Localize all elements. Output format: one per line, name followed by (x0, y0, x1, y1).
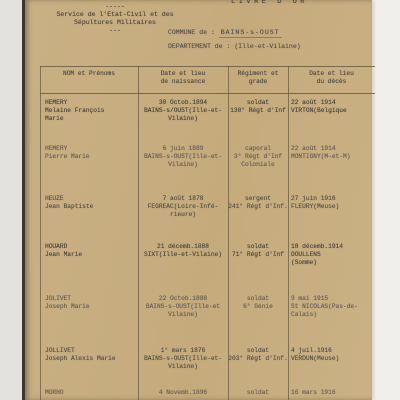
table-row: HEMERY Pierre Marie 6 juin 1889 BAINS-s-… (40, 145, 375, 170)
cell-regiment: soldat 130° Régt d'Inf (228, 99, 288, 124)
table-row: MORHO 4 Novemb.1896 soldat 16 mars 1916 (40, 389, 375, 397)
table-row: HEUZE Jean Baptiste 7 août 1878 FEGREAC(… (40, 195, 375, 220)
office-divider-top: ----- (41, 3, 189, 11)
cell-birth: 4 Novemb.1896 (138, 389, 228, 397)
header-deces: Date et lieu du décès (288, 70, 375, 86)
office-divider-bottom: --- (41, 27, 189, 35)
document-paper: Ministère des Pensions ----- Service de … (22, 0, 372, 400)
scanned-page: Ministère des Pensions ----- Service de … (0, 0, 400, 400)
cell-name: MORHO (40, 389, 138, 397)
livre-dor-title: LIVRE D'OR (231, 0, 308, 6)
header-naissance: Date et lieu de naissance (138, 70, 228, 86)
cell-name: JOLLIVET Joseph Alexis Marie (40, 347, 138, 372)
issuing-office-block: Ministère des Pensions ----- Service de … (41, 0, 189, 35)
departement-label: DEPARTEMENT de : (168, 43, 230, 50)
cell-birth: 7 août 1878 FEGREAC(Loire-Infé- rieure) (138, 195, 228, 220)
table-row: JOLIVET Joseph Marie 22 Octob.1888 BAINS… (40, 295, 375, 320)
cell-birth: 6 juin 1889 BAINS-s-OUST(Ille-et- Vilain… (138, 145, 228, 170)
commune-label: COMMUNE de : (168, 29, 215, 36)
cell-death: 18 décemb.1914 DOULLENS (Somme) (288, 243, 375, 268)
cell-name: HOUARD Jean Marie (40, 243, 138, 268)
cell-name: HEMERY Pierre Marie (40, 145, 138, 170)
table-header-rule (40, 93, 375, 94)
table-top-rule (40, 66, 375, 67)
cell-birth: 1° mars 1876 BAINS-s-OUST(Ille-et- Vilai… (138, 347, 228, 372)
cell-death: 4 juil.1916 VERDUN(Meuse) (288, 347, 375, 372)
departement-value: (Ille-et-Vilaine) (234, 43, 300, 50)
table-row: HOUARD Jean Marie 21 décemb.1888 SIXT(Il… (40, 243, 375, 268)
cell-regiment: soldat (228, 389, 288, 397)
cell-regiment: soldat 203° Régt d'Inf. (228, 347, 288, 372)
cell-death: 22 août 1914 MONTIGNY(M-et-M) (288, 145, 375, 170)
service-line-1: Service de l'Etat-Civil et des (41, 11, 189, 19)
scan-margin-right (372, 0, 400, 400)
commune-value: BAINS-s-OUST (219, 29, 282, 38)
cell-regiment: caporal 3° Régt d'Inf Coloniale (228, 145, 288, 170)
cell-death: 27 juin 1916 FLEURY(Meuse) (288, 195, 375, 220)
scan-margin-left (0, 0, 22, 400)
cell-regiment: sergent 241° Régt d'Inf. (228, 195, 288, 220)
service-line-2: Sépultures Militaires (41, 19, 189, 27)
cell-name: JOLIVET Joseph Marie (40, 295, 138, 320)
cell-death: 22 août 1914 VIRTON(Belgique (288, 99, 375, 124)
cell-regiment: soldat 6° Génie (228, 295, 288, 320)
cell-birth: 30 Octob.1894 BAINS-s/OUST(Ille-et- Vila… (138, 99, 228, 124)
cell-name: HEUZE Jean Baptiste (40, 195, 138, 220)
cell-death: 9 mai 1915 St NICOLAS(Pas-de- Calais) (288, 295, 375, 320)
table-header-row: NOM et Prénoms Date et lieu de naissance… (40, 70, 375, 86)
cell-name: HEMERY Melaine François Marie (40, 99, 138, 124)
header-regiment: Régiment et grade (228, 70, 288, 86)
cell-regiment: soldat 71° Régt d'Inf (228, 243, 288, 268)
table-row: HEMERY Melaine François Marie 30 Octob.1… (40, 99, 375, 124)
table-row: JOLLIVET Joseph Alexis Marie 1° mars 187… (40, 347, 375, 372)
departement-line: DEPARTEMENT de : (Ille-et-Vilaine) (168, 43, 301, 50)
cell-birth: 22 Octob.1888 BAINS-s-OUST(Ille-et Vilai… (138, 295, 228, 320)
commune-line: COMMUNE de : BAINS-s-OUST (168, 29, 282, 36)
cell-birth: 21 décemb.1888 SIXT(Ille-et-Vilaine) (138, 243, 228, 268)
cell-death: 16 mars 1916 (288, 389, 375, 397)
header-nom: NOM et Prénoms (40, 70, 138, 86)
